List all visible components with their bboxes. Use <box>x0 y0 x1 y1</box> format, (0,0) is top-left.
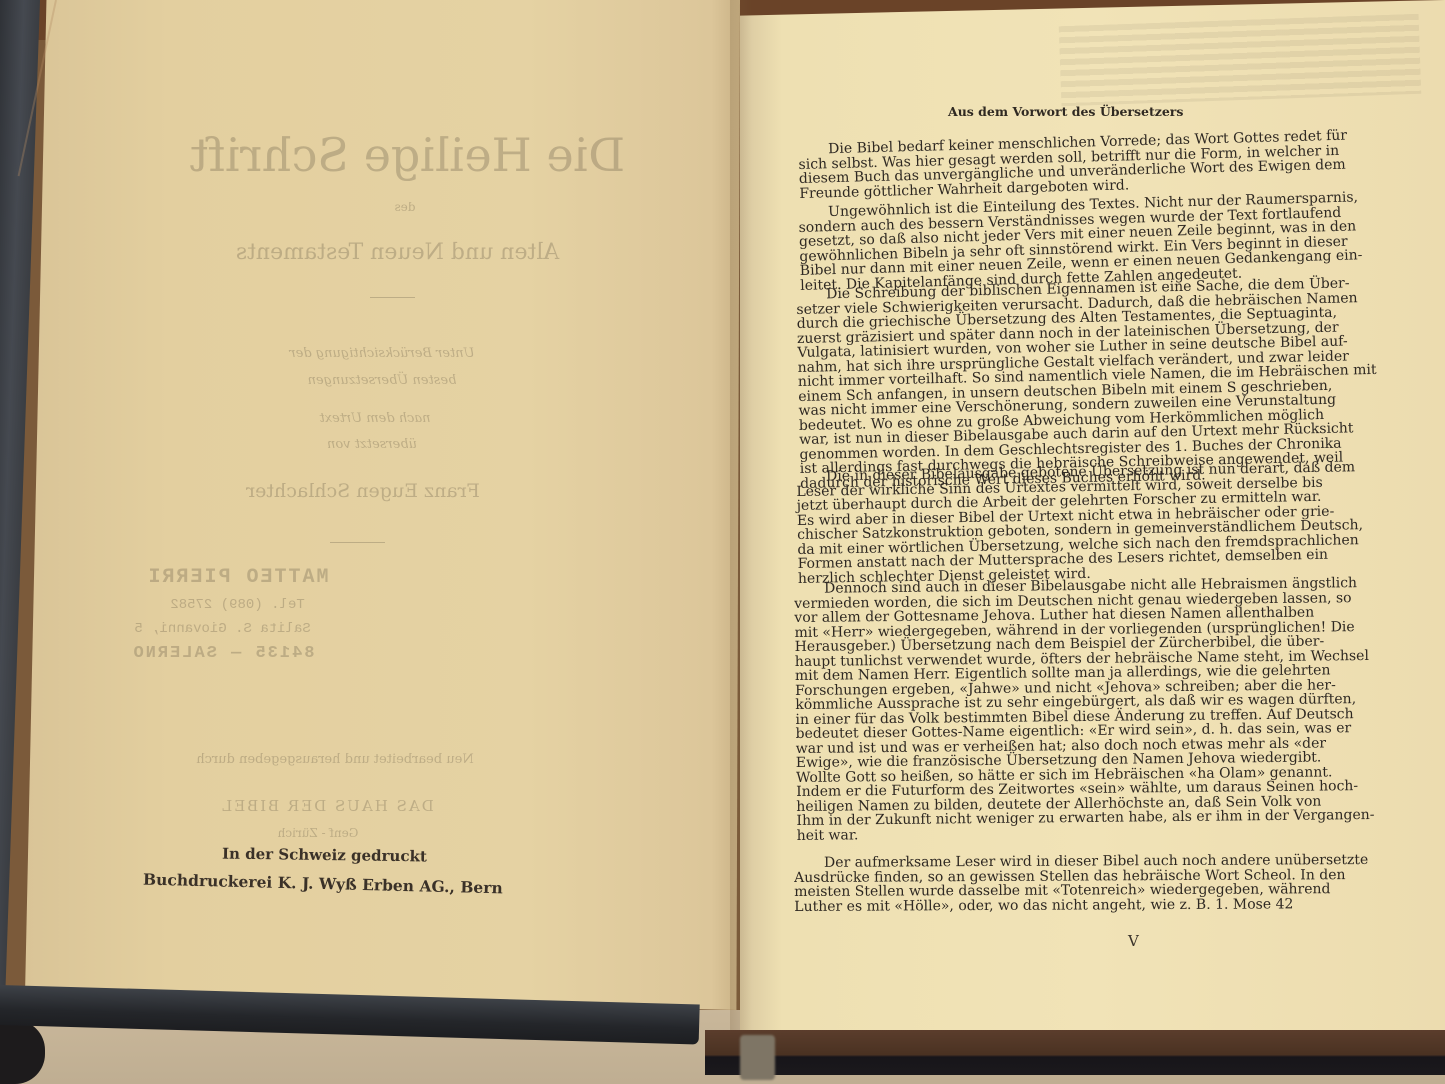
bleed-subtitle: Alten und Neuen Testaments <box>200 240 595 265</box>
line: Luther es mit «Hölle», oder, wo das nich… <box>794 896 1368 914</box>
bleed-line-a: Unter Berücksichtigung der <box>262 346 502 361</box>
book-headband <box>740 1035 775 1080</box>
page-number: V <box>1128 932 1139 950</box>
bleed-stamp-city: 84135 — SALERNO <box>108 644 338 663</box>
preface-heading: Aus dem Vorwort des Übersetzers <box>948 104 1183 119</box>
bleed-title: Die Heilige Schrift <box>175 128 640 182</box>
right-page-bleed-through <box>1059 14 1422 107</box>
bleed-publisher: DAS HAUS DER BIBEL <box>192 797 462 815</box>
preface-paragraph-4: Die in dieser Bibelausgabe gebotene Über… <box>796 460 1364 586</box>
bleed-stamp-tel: Tel. (089) 27582 <box>155 597 320 613</box>
preface-paragraph-3: Die Schreibung der biblischen Eigennamen… <box>796 276 1379 491</box>
bleed-stamp-street: Salita S. Giovanni, 5 <box>110 621 335 637</box>
imprint-printed-in-switzerland: In der Schweiz gedruckt <box>222 845 427 866</box>
bleed-line-b: besten Übersetzungen <box>282 373 482 388</box>
bleed-translator: Franz Eugen Schlachter <box>228 480 498 502</box>
bleed-des: des <box>385 200 425 214</box>
bleed-line-c: nach dem Urtext <box>300 411 450 426</box>
bleed-stamp-name: MATTEO PIERRI <box>115 566 360 589</box>
bleed-rule-1 <box>370 297 415 298</box>
bleed-publisher-city: Genf - Zürich <box>258 826 378 840</box>
bleed-publisher-line: Neu bearbeitet und herausgegeben durch <box>150 752 520 767</box>
book-gutter <box>730 0 752 1040</box>
preface-paragraph-6: Der aufmerksame Leser wird in dieser Bib… <box>794 853 1369 914</box>
preface-paragraph-5: Dennoch sind auch in dieser Bibelausgabe… <box>794 576 1375 843</box>
bleed-line-d: übersetzt von <box>312 437 432 452</box>
bleed-rule-2 <box>330 542 385 543</box>
book-cover-bottom-right <box>705 1030 1445 1075</box>
